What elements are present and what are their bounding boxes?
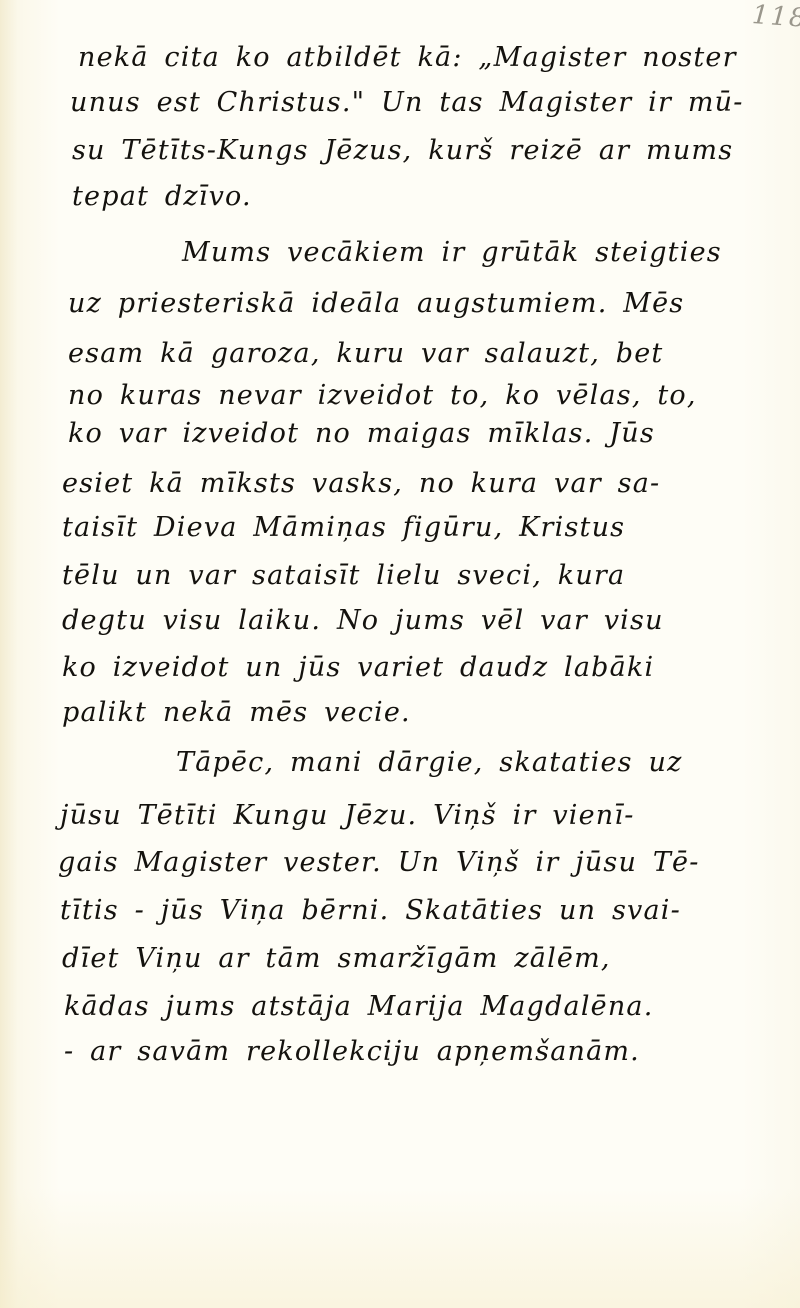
text-line: palikt nekā mēs vecie.	[62, 697, 411, 728]
manuscript-page: 118 nekā cita ko atbildēt kā: „Magister …	[0, 0, 800, 1308]
text-line: esam kā garoza, kuru var salauzt, bet	[68, 338, 663, 369]
text-line: unus est Christus." Un tas Magister ir m…	[70, 87, 744, 118]
text-line: kādas jums atstāja Marija Magdalēna.	[64, 991, 654, 1022]
text-line: jūsu Tētīti Kungu Jēzu. Viņš ir vienī-	[60, 800, 635, 831]
text-line: taisīt Dieva Māmiņas figūru, Kristus	[62, 512, 625, 543]
text-line: degtu visu laiku. No jums vēl var visu	[62, 605, 664, 636]
text-line: Tāpēc, mani dārgie, skataties uz	[176, 747, 683, 778]
text-line: nekā cita ko atbildēt kā: „Magister nost…	[78, 42, 737, 73]
text-line: tītis - jūs Viņa bērni. Skatāties un sva…	[60, 895, 681, 926]
text-line: ko var izveidot no maigas mīklas. Jūs	[68, 418, 655, 449]
text-line: gais Magister vester. Un Viņš ir jūsu Tē…	[58, 847, 700, 878]
text-line: tēlu un var sataisīt lielu sveci, kura	[62, 560, 625, 591]
text-line: tepat dzīvo.	[72, 181, 252, 212]
text-line: - ar savām rekollekciju apņemšanām.	[64, 1036, 640, 1067]
text-line: su Tētīts-Kungs Jēzus, kurš reizē ar mum…	[72, 135, 733, 166]
text-line: uz priesteriskā ideāla augstumiem. Mēs	[68, 288, 684, 319]
text-line: ko izveidot un jūs variet daudz labāki	[62, 652, 654, 683]
text-line: no kuras nevar izveidot to, ko vēlas, to…	[68, 380, 697, 411]
page-number: 118	[751, 0, 800, 34]
text-line: Mums vecākiem ir grūtāk steigties	[182, 237, 722, 268]
text-line: esiet kā mīksts vasks, no kura var sa-	[62, 468, 660, 499]
text-line: dīet Viņu ar tām smaržīgām zālēm,	[62, 943, 611, 974]
